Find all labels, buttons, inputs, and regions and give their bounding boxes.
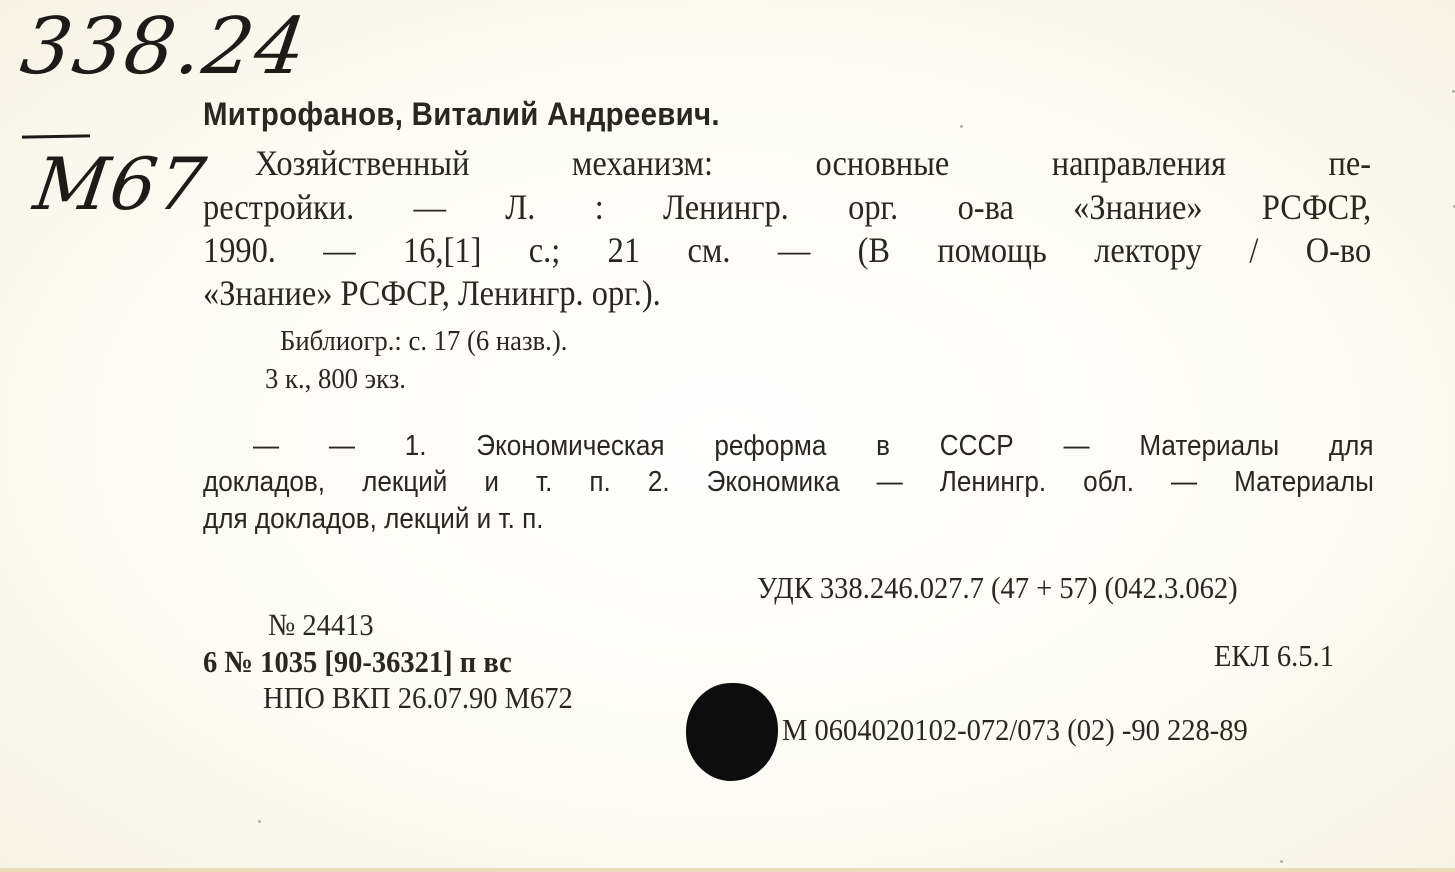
ekl-code: ЕКЛ 6.5.1 bbox=[1214, 638, 1334, 674]
print-order: 6 № 1035 [90-36321] п вс bbox=[203, 644, 512, 680]
handwritten-classification: 338.24 bbox=[16, 2, 314, 92]
bibliography-note: Библиогр.: с. 17 (6 назв.). bbox=[280, 325, 567, 358]
printer-info: НПО ВКП 26.07.90 М672 bbox=[263, 680, 573, 716]
subject-line-1: — — 1. Экономическая реформа в СССР — Ма… bbox=[253, 430, 1374, 463]
paper-speck bbox=[258, 820, 261, 823]
index-code: М 0604020102-072/073 (02) -90 228-89 bbox=[782, 712, 1248, 748]
catalog-card: 338.24 М67 Митрофанов, Виталий Андреевич… bbox=[0, 0, 1455, 872]
title-line-4: «Знание» РСФСР, Ленингр. орг.). bbox=[203, 272, 661, 314]
punch-hole bbox=[686, 683, 778, 781]
card-number: № 24413 bbox=[268, 607, 374, 643]
title-line-3: 1990. — 16,[1] с.; 21 см. — (В помощь ле… bbox=[203, 229, 1371, 271]
title-line-3-text: 1990. — 16,[1] с.; 21 см. — (В помощь ле… bbox=[203, 229, 1371, 271]
subject-line-3: для докладов, лекций и т. п. bbox=[203, 503, 543, 536]
subject-line-2: докладов, лекций и т. п. 2. Экономика — … bbox=[203, 466, 1374, 499]
paper-speck bbox=[1280, 860, 1283, 863]
print-order-text: 6 № 1035 [90-36321] п вс bbox=[203, 644, 512, 679]
subject-line-1-text: — — 1. Экономическая реформа в СССР — Ма… bbox=[253, 430, 1374, 463]
paper-speck bbox=[960, 125, 963, 128]
handwritten-author-mark: М67 bbox=[29, 142, 212, 226]
title-line-1: Хозяйственный механизм: основные направл… bbox=[255, 142, 1371, 184]
handwritten-overline bbox=[22, 134, 90, 138]
title-line-2: рестройки. — Л. : Ленингр. орг. о-ва «Зн… bbox=[203, 186, 1371, 228]
price-copies-note: 3 к., 800 экз. bbox=[265, 363, 406, 396]
author-heading: Митрофанов, Виталий Андреевич. bbox=[203, 96, 720, 133]
title-line-2-text: рестройки. — Л. : Ленингр. орг. о-ва «Зн… bbox=[203, 186, 1371, 228]
udc-code: УДК 338.246.027.7 (47 + 57) (042.3.062) bbox=[757, 570, 1238, 606]
subject-line-2-text: докладов, лекций и т. п. 2. Экономика — … bbox=[203, 466, 1374, 499]
card-edge bbox=[0, 868, 1455, 872]
title-line-1-text: Хозяйственный механизм: основные направл… bbox=[255, 142, 1371, 184]
